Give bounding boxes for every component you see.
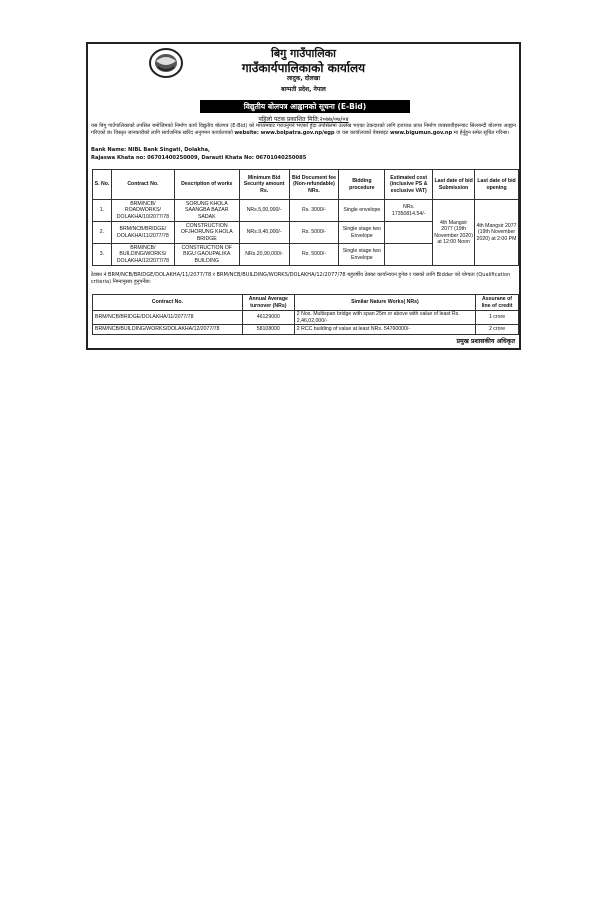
qualification-table: Contract No. Annual Average turnover (NR… — [92, 294, 519, 335]
notice-title: विद्युतीय बोलपत्र आह्वानको सूचना (E-Bid) — [200, 100, 410, 113]
office-location: लादुक, दोलखा — [88, 74, 519, 82]
qualification-note: ठेक्का नं BRM/NCB/BRIDGE/DOLAKHA/11/2077… — [91, 272, 516, 286]
signatory: प्रमुख प्रशासकीय अधिकृत — [457, 336, 515, 345]
table-header-row: S. No. Contract No. Description of works… — [93, 170, 519, 200]
bigumun-link[interactable]: www.bigumun.gov.np — [390, 130, 452, 136]
intro-paragraph: यस बिगु गाउँपालिकाको तपसिल बमोजिमको निर्… — [91, 123, 516, 138]
opening-date: 4th Mangsir 2077 (19th November 2020) at… — [475, 200, 519, 266]
province: बाग्मती प्रदेश, नेपाल — [88, 85, 519, 93]
table-row: 1. BRM/NCB/ ROADWORKS/ DOLAKHA/10/2077/7… — [93, 200, 519, 222]
publication-date: पहिलो पटक प्रकाशित मिति:२०७७/०७/०४ — [88, 115, 519, 123]
bid-notice: बिगु गाउँपालिका गाउँकार्यपालिकाको कार्या… — [86, 42, 521, 350]
table-row: BRM/NCB/BUILDING/WORKS/DOLAKHA/12/2077/7… — [93, 325, 519, 335]
bank-details: Bank Name: NIBL Bank Singati, Dolakha, R… — [91, 146, 306, 162]
bid-table: S. No. Contract No. Description of works… — [92, 169, 519, 266]
table-header-row: Contract No. Annual Average turnover (NR… — [93, 295, 519, 311]
table-row: BRM/NCB/BRIDGE/DOLAKHA/11/2077/78 461290… — [93, 311, 519, 325]
bolpatra-link[interactable]: website: www.bolpatra.gov.np/egp — [234, 130, 334, 136]
submission-date: 4th Mangsir 2077 (19th November 2020) at… — [433, 200, 475, 266]
